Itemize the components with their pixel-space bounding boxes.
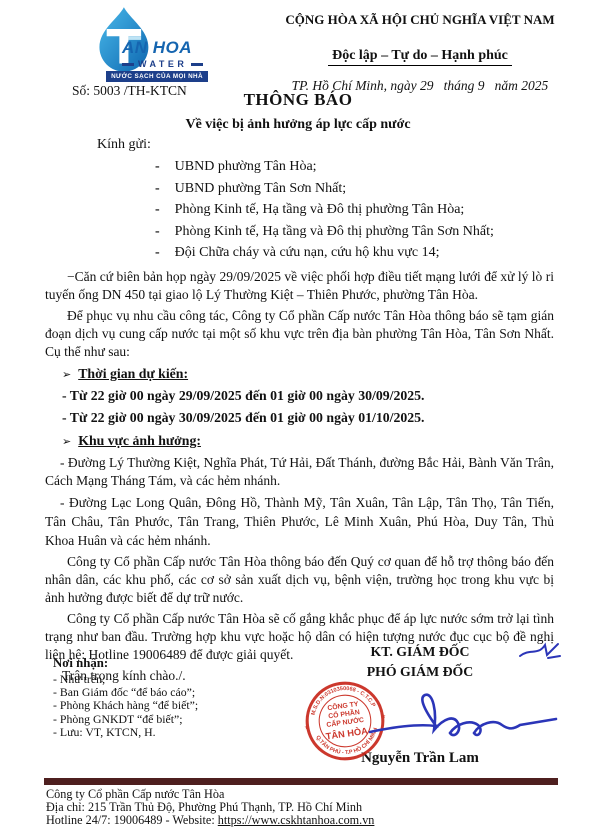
footer-hotline-line: Hotline 24/7: 19006489 - Website: https:… — [46, 814, 566, 827]
section-heading-area: ➢ Khu vực ảnh hưởng: — [62, 432, 554, 451]
recipient-text: Phòng Kinh tế, Hạ tầng và Đô thị phường … — [175, 199, 465, 221]
brand-tagline: NƯỚC SẠCH CỦA MỌI NHÀ — [106, 71, 208, 82]
paragraph-basis: −Căn cứ biên bản họp ngày 29/09/2025 về … — [45, 268, 554, 304]
document-subtitle: Về việc bị ảnh hưởng áp lực cấp nước — [0, 117, 596, 133]
brand-sub: WATER — [138, 59, 187, 69]
company-logo-block: AN HOA WATER NƯỚC SẠCH CỦA MỌI NHÀ Số: 5… — [70, 4, 240, 104]
document-body: Kính gửi: -UBND phường Tân Hòa; -UBND ph… — [45, 136, 554, 685]
footer-website-link[interactable]: https://www.cskhtanhoa.com.vn — [218, 813, 375, 827]
time-window-item: - Từ 22 giờ 00 ngày 29/09/2025 đến 01 gi… — [62, 386, 554, 406]
section-title-area: Khu vực ảnh hưởng: — [78, 432, 201, 450]
paragraph-notify: Công ty Cổ phần Cấp nước Tân Hòa thông b… — [45, 553, 554, 607]
brand-water-row: WATER — [122, 59, 232, 69]
national-motto: Độc lập – Tự do – Hạnh phúc — [328, 48, 512, 66]
recipients-list: -UBND phường Tân Hòa; -UBND phường Tân S… — [45, 156, 554, 264]
decor-line — [191, 63, 203, 66]
affected-area-item: - Đường Lạc Long Quân, Đông Hồ, Thành Mỹ… — [45, 493, 554, 550]
dash-bullet: - — [155, 199, 160, 221]
recipient-text: Đội Chữa cháy và cứu nạn, cứu hộ khu vực… — [175, 242, 440, 264]
dash-bullet: - — [155, 242, 160, 264]
brand-name: AN HOA — [122, 38, 232, 58]
recipient-text: Phòng Kinh tế, Hạ tầng và Đô thị phường … — [175, 221, 494, 243]
dash-bullet: - — [155, 221, 160, 243]
distribution-item: - Phòng Khách hàng “để biết”; — [53, 699, 283, 712]
distribution-label: Nơi nhận: — [53, 656, 283, 671]
recipients-label: Kính gửi: — [97, 136, 554, 154]
affected-area-item: - Đường Lý Thường Kiệt, Nghĩa Phát, Tứ H… — [45, 454, 554, 490]
brand-text: AN HOA WATER — [122, 38, 232, 69]
approval-mark-icon — [518, 640, 562, 666]
distribution-item: - Phòng GNKDT “để biết”; — [53, 713, 283, 726]
time-window-item: - Từ 22 giờ 00 ngày 30/09/2025 đến 01 gi… — [62, 408, 554, 428]
recipient-text: UBND phường Tân Sơn Nhất; — [175, 178, 346, 200]
footer-divider-bar — [44, 778, 558, 785]
document-page: AN HOA WATER NƯỚC SẠCH CỦA MỌI NHÀ Số: 5… — [0, 0, 596, 832]
section-heading-time: ➢ Thời gian dự kiến: — [62, 365, 554, 384]
arrow-bullet-icon: ➢ — [62, 366, 71, 384]
distribution-item: - Lưu: VT, KTCN, H. — [53, 726, 283, 739]
recipient-item: -Phòng Kinh tế, Hạ tầng và Đô thị phường… — [155, 221, 554, 243]
signature-stroke — [368, 688, 560, 754]
signature-kt-line: KT. GIÁM ĐỐC — [340, 642, 500, 662]
footer-company: Công ty Cổ phần Cấp nước Tân Hòa — [46, 788, 566, 801]
recipient-item: -UBND phường Tân Sơn Nhất; — [155, 178, 554, 200]
seal-star-icon: ★ — [304, 724, 310, 732]
recipient-item: -Đội Chữa cháy và cứu nạn, cứu hộ khu vự… — [155, 242, 554, 264]
dash-bullet: - — [155, 178, 160, 200]
national-title: CỘNG HÒA XÃ HỘI CHỦ NGHĨA VIỆT NAM — [250, 12, 590, 28]
footer-block: Công ty Cổ phần Cấp nước Tân Hòa Địa chỉ… — [46, 788, 566, 827]
recipient-text: UBND phường Tân Hòa; — [175, 156, 317, 178]
dash-bullet: - — [155, 156, 160, 178]
arrow-bullet-icon: ➢ — [62, 433, 71, 451]
recipient-item: -Phòng Kinh tế, Hạ tầng và Đô thị phường… — [155, 199, 554, 221]
footer-hotline-prefix: Hotline 24/7: 19006489 - Website: — [46, 813, 218, 827]
recipient-item: -UBND phường Tân Hòa; — [155, 156, 554, 178]
section-title-time: Thời gian dự kiến: — [78, 365, 188, 383]
decor-line — [122, 63, 134, 66]
national-header: CỘNG HÒA XÃ HỘI CHỦ NGHĨA VIỆT NAM Độc l… — [250, 12, 590, 94]
paragraph-purpose: Để phục vụ nhu cầu công tác, Công ty Cổ … — [45, 307, 554, 361]
distribution-list: Nơi nhận: - Như trên; - Ban Giám đốc “để… — [53, 656, 283, 739]
document-title: THÔNG BÁO — [0, 90, 596, 110]
